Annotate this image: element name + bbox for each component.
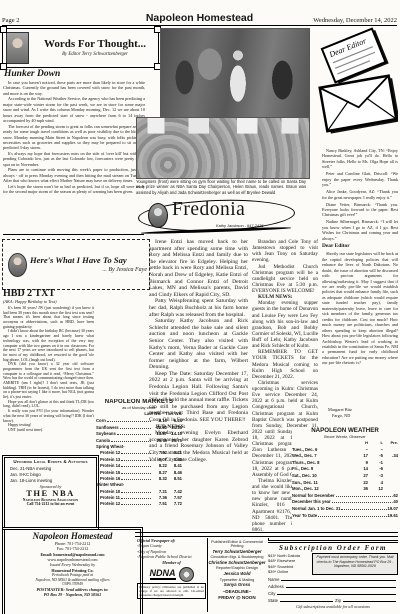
news-paragraph: Monday evening supper guests in the home… [252, 300, 318, 349]
weather-low: -1 [368, 460, 383, 465]
staff-name: Terry Schwartzenberger [208, 549, 266, 554]
dot-leader [341, 509, 386, 510]
dot-leader [121, 453, 151, 454]
article-paragraph: UNT (until next time). [3, 428, 94, 433]
weather-row: Sat., Dec. 1027-3 [292, 471, 398, 478]
column-byline: ... By Jessica Faye [30, 267, 147, 273]
editor-photo [6, 32, 29, 64]
staff-name: Christine Schwartzenberger [208, 560, 266, 565]
col-precip: Pre. [383, 440, 398, 445]
envelope-icon: Dear Editor [310, 26, 398, 144]
weather-row: Fri., Dec. 914-6 [292, 465, 398, 472]
weather-high: 27 [353, 473, 368, 478]
market-label: Protein 10 [96, 489, 120, 494]
reader-letter: Diane Vetter, Bismarck: “Thank you. Ever… [322, 202, 398, 218]
words-box-text: Words For Thought... By Editor Terry Sch… [32, 39, 158, 57]
official-newspaper-column: Official Newspaper of: -Logan County -Ci… [137, 538, 208, 612]
deadline-value: FRIDAY @ NOON [208, 595, 266, 601]
upcoming-events-box: Upcoming Local Events & Activities Dec. … [2, 455, 99, 530]
summary-value: 19.07 [388, 506, 398, 511]
weather-row: Tues., Dec. 6–– [292, 445, 398, 452]
article-paragraph: In case you haven't noticed, these parts… [3, 80, 145, 96]
column-title: Words For Thought... [32, 39, 158, 50]
newspaper-page: Page 2 Napoleon Homestead Wednesday, Dec… [0, 0, 400, 614]
dot-leader [318, 516, 386, 517]
news-paragraph: Brandon and Cole Tony of Jamestown stopp… [252, 239, 318, 264]
summary-value: .40 [392, 499, 398, 504]
obituary-policy: Obituary policy: Obituaries are publishe… [137, 583, 206, 599]
weather-low: 12 [368, 486, 383, 491]
weather-high: 17 [353, 453, 368, 458]
association-logos: NDNA [137, 567, 206, 582]
summary-label: December this year [292, 499, 331, 504]
market-label: Protein 12 [96, 450, 120, 455]
dear-editor-graphic: Dear Editor [310, 26, 398, 144]
news-paragraph: REMEMBER TO GET YOUR TICKETS for the Med… [252, 349, 318, 380]
section-divider [3, 234, 144, 237]
words-for-thought-box: Words For Thought... By Editor Terry Sch… [2, 28, 159, 68]
masthead-contact-box: Napoleon Homestead Phone: 701-754-2212 F… [2, 527, 143, 614]
field-label: Zip [335, 598, 341, 603]
weather-summary-row: December this year.40 [292, 498, 398, 505]
column-title: Here's What I Have To Say [30, 256, 147, 265]
weather-day: Sat., Dec. 10 [292, 473, 353, 478]
dot-leader [111, 441, 151, 442]
staff-name: Sonya Gross [208, 582, 266, 587]
article-paragraph: It's been 30 years! JW (just wondering) … [3, 306, 94, 329]
hunker-down-headline: Hunker Down [4, 69, 144, 80]
col-high: H [353, 440, 368, 445]
dot-leader [107, 421, 151, 422]
weather-row: Thurs., Dec. 89-1 [292, 458, 398, 465]
weather-day: Mon., Dec. 12 [292, 486, 353, 491]
weather-day: Thurs., Dec. 8 [292, 460, 353, 465]
weather-low: – [368, 447, 383, 452]
fredonia-correspondent-photo [148, 203, 168, 228]
weather-summary-row: Year To Date19.61 [292, 511, 398, 518]
weather-day: Tues., Dec. 6 [292, 447, 353, 452]
dot-leader [332, 502, 392, 503]
field-label: Address [268, 584, 284, 589]
letter-signature: Margaret Bitz Fargo, ND [322, 407, 398, 423]
form-field-state-zip: StateZip [268, 596, 398, 603]
dot-leader [117, 434, 151, 435]
weather-day: Wed., Dec. 7 [292, 453, 353, 458]
weather-low: 4 [368, 480, 383, 485]
santa-stage-photo [160, 28, 310, 118]
official-item: -Napoleon Public School District [137, 554, 206, 559]
dot-leader [121, 498, 151, 499]
weather-row: Wed., Dec. 717-5.34 [292, 452, 398, 459]
fredonia-logo-text: Fredonia [172, 199, 245, 221]
napoleon-weather-box: NAPOLEON WEATHER Bruce Wentz, Observer H… [292, 427, 398, 537]
letters-column: Nancy Binkley, Ashland City, TN: “Enjoy … [322, 148, 398, 406]
subscription-order-form: Subscription Order Form $43* North Dakot… [268, 540, 398, 614]
article-paragraph: The forecast of the pending storm is gre… [3, 124, 145, 151]
fredonia-column-a: Irene Entzi has moved back to her apartm… [149, 239, 248, 535]
dot-leader [121, 473, 151, 474]
page-header: Page 2 Napoleon Homestead Wednesday, Dec… [2, 6, 397, 26]
photo-caption: Youngsters (front) were sitting on gym f… [136, 179, 306, 198]
nba-org-name: THE NBA [6, 489, 95, 498]
reader-letter: Nadine Silbernagel, Bismarck: “I will le… [322, 219, 398, 241]
masthead-address: PO Box 29 - Napoleon, ND 58561 [7, 592, 138, 597]
summary-value: 19.61 [388, 513, 398, 518]
page-number: Page 2 [2, 17, 101, 24]
market-label: Canola [96, 438, 110, 443]
market-label: Protein 14 [96, 463, 120, 468]
hbd-headline: HBD 2 TXT [3, 288, 93, 299]
dot-leader [121, 460, 151, 461]
reader-letter: Alice Janke, Goodyear, AZ: “Thank you fo… [322, 189, 398, 200]
subscription-footer: Gift subscriptions available for all occ… [268, 604, 398, 609]
summary-label: Year To Date [292, 513, 317, 518]
weather-high: 36 [353, 486, 368, 491]
news-paragraph: Keep The Date: Saturday December 17, 202… [149, 371, 248, 424]
market-label: Protein 16 [96, 476, 120, 481]
field-label: City [268, 591, 275, 596]
weather-summary-row: Normal for December.62 [292, 491, 398, 498]
form-field-name: Name [268, 575, 398, 582]
press-association-seal-icon [179, 567, 194, 582]
article-paragraph: DYK (did you know) a 32 year old softwar… [3, 362, 94, 400]
nba-call-line: Call 754-2212 to list an event [6, 502, 95, 506]
blank-line [277, 594, 396, 595]
member-of-label: Member of [137, 560, 206, 565]
dot-leader [121, 492, 151, 493]
dot-leader [120, 428, 151, 429]
market-label: Protein 15 [96, 470, 120, 475]
gym-crowd-photo [136, 117, 310, 179]
subscription-top-row: $43* North Dakota $48* Elsewhere $48* Sn… [268, 553, 398, 575]
article-paragraph: Hope you all don't glance at this and th… [3, 400, 94, 409]
staff-column: Publisher/Editor & Commercial Printing T… [208, 538, 269, 612]
fredonia-masthead: Fredonia Kathy Jacobson - 647-2436 [138, 198, 298, 236]
article-paragraph: According to the National Weather Servic… [3, 96, 145, 123]
subscription-title: Subscription Order Form [268, 544, 398, 552]
columnist-photo [8, 253, 27, 277]
weather-day: Sun., Dec. 11 [292, 480, 353, 485]
market-section: Spring Wheat- [96, 444, 124, 449]
market-section: Winter Wheat- [96, 482, 124, 487]
weather-high: – [353, 447, 368, 452]
payment-instructions: Payment must accompany order. Thank you.… [312, 553, 398, 575]
reader-letter: Nancy Binkley, Ashland City, TN: “Enjoy … [322, 148, 398, 170]
weather-high: 22 [353, 480, 368, 485]
dot-leader [336, 496, 392, 497]
col-low: L [368, 440, 383, 445]
dot-leader [121, 466, 151, 467]
jessica-box-text: Here's What I Have To Say ... By Jessica… [30, 256, 147, 273]
fredonia-contact: Kathy Jacobson - 647-2436 [216, 223, 264, 228]
market-label: Protein 11 [96, 495, 120, 500]
weather-column-headers: H L Pre. [292, 440, 398, 445]
article-paragraph: I didn't know about the birthday BC (bec… [3, 329, 94, 362]
weather-row: Sun., Dec. 11224 [292, 478, 398, 485]
market-label: Soybeans [96, 431, 116, 436]
news-paragraph: Saturday Kathy Jacobson and Rick Schlech… [149, 318, 248, 371]
news-paragraph: Irene Entzi has moved back to her apartm… [149, 239, 248, 298]
weather-summary-row: Normal Jan. 1 to Dec. 3119.07 [292, 504, 398, 511]
news-paragraph: Patty Weispfenning spent Saturday with h… [149, 298, 248, 318]
signature-city: Fargo, ND [322, 413, 398, 419]
summary-value: .62 [392, 493, 398, 498]
article-paragraph: It's always my hope that forecasters mis… [3, 151, 145, 167]
price-option: $39* Online [268, 569, 310, 574]
article-paragraph: It really was just FYI (for your informa… [3, 409, 94, 423]
news-paragraph: Jud Methodist Church Christmas program w… [252, 264, 318, 295]
weather-low: -3 [368, 473, 383, 478]
hbd-subtitle: (AKA: Happy Birthday to Text) [3, 299, 93, 306]
issue-date: Wednesday, December 14, 2022 [298, 17, 397, 24]
blank-line [343, 601, 396, 602]
spacer [292, 440, 353, 445]
weather-day: Fri., Dec. 9 [292, 466, 353, 471]
weather-low: -6 [368, 466, 383, 471]
corner-ornament [0, 26, 7, 33]
events-title: Upcoming Local Events & Activities [6, 459, 95, 464]
field-label: Name [268, 577, 279, 582]
ndna-logo: NDNA [150, 569, 176, 580]
jud-news-heading: JUD NEWS: [149, 424, 248, 431]
blank-line [280, 601, 333, 602]
hunker-down-article: In case you haven't noticed, these parts… [3, 80, 145, 232]
weather-title: NAPOLEON WEATHER [292, 427, 398, 434]
dear-editor-heading: Dear Editor [322, 243, 398, 250]
dot-leader [121, 504, 151, 505]
field-label: State [268, 598, 278, 603]
staff-role: Publisher/Editor & Commercial Printing [208, 540, 266, 549]
event-item: Jan. 18-Lions meeting [10, 478, 95, 484]
market-label: Protein 12 [96, 501, 120, 506]
column-byline: By Editor Terry Schwartzenberger [32, 52, 158, 57]
paper-title: Napoleon Homestead [101, 12, 299, 24]
article-paragraph: Plans are to continue with moving this w… [3, 167, 145, 183]
weather-row: Mon., Dec. 123612 [292, 485, 398, 492]
market-label: Corn [96, 418, 106, 423]
summary-label: Normal Jan. 1 to Dec. 31 [292, 506, 340, 511]
heres-what-i-have-to-say-box: Here's What I Have To Say ... By Jessica… [2, 239, 150, 290]
subscription-prices: $43* North Dakota $48* Elsewhere $48* Sn… [268, 553, 310, 575]
news-paragraph: Monday evening Evelyn Eberhard accompani… [149, 430, 248, 463]
weather-observer: Bruce Wentz, Observer [292, 434, 398, 439]
blank-line [281, 580, 396, 581]
market-label: Sunflowers [96, 425, 119, 430]
form-field-address: Address [268, 582, 398, 589]
form-field-city: City [268, 589, 398, 596]
masthead-paper-name: Napoleon Homestead [7, 531, 138, 541]
weather-high: 14 [353, 466, 368, 471]
summary-label: Normal for December [292, 493, 335, 498]
weather-precip: .34 [383, 453, 398, 458]
blank-line [286, 587, 396, 588]
weather-high: 9 [353, 460, 368, 465]
letter-body: Shortly our state legislators will be ba… [322, 251, 398, 366]
dot-leader [121, 479, 151, 480]
staff-name: Jessica Wald [208, 571, 266, 576]
market-label: Protein 13 [96, 457, 120, 462]
weather-low: -5 [368, 453, 383, 458]
bottom-band-rule [135, 532, 398, 537]
events-list: Dec. 21-NBA meeting Jan. 8-KC bingo Jan.… [10, 466, 95, 483]
hbd-article: It's been 30 years! JW (just wondering) … [3, 306, 94, 453]
article-paragraph: Let's hope the storm won't be as bad as … [3, 184, 145, 195]
reader-letter: Peter and Caroline Glatt, Driscoll: “We … [322, 171, 398, 187]
